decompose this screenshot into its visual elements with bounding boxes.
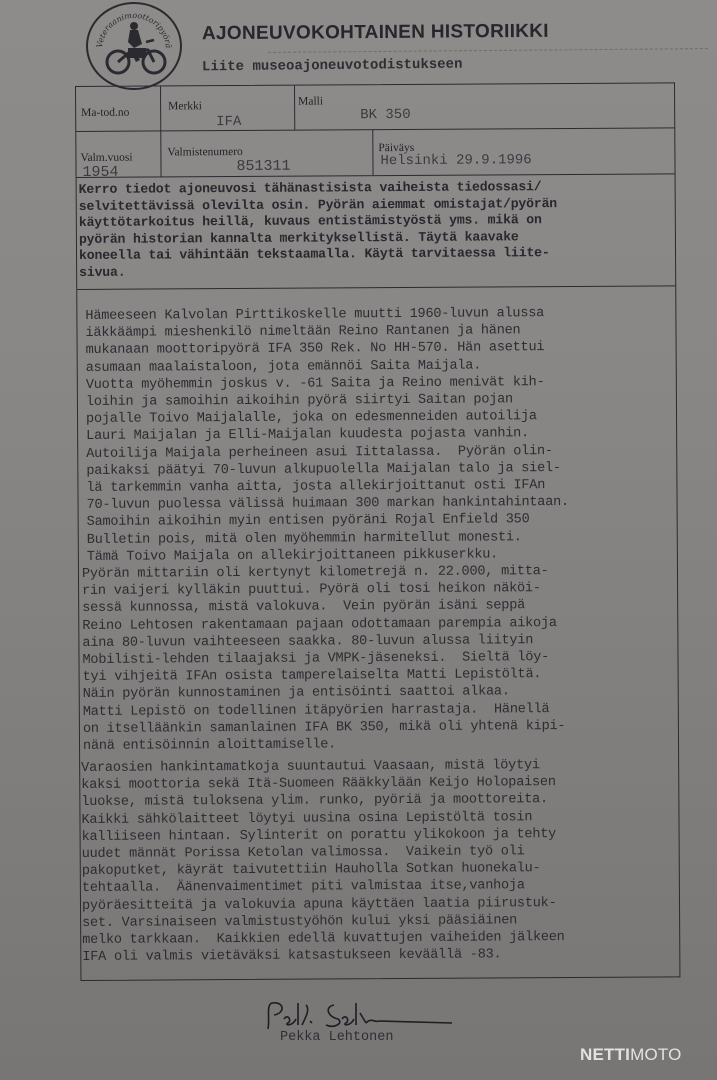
document-title: AJONEUVOKOHTAINEN HISTORIIKKI [202, 21, 549, 45]
form-divider [77, 285, 675, 290]
ma-tod-no-label: Ma-tod.no [81, 107, 129, 119]
paivays-value: Helsinki 29.9.1996 [380, 152, 531, 169]
merkki-label: Merkki [168, 100, 202, 112]
valm-vuosi-label: Valm.vuosi [80, 152, 132, 164]
watermark-light: MOTO [630, 1045, 682, 1064]
malli-value: BK 350 [360, 107, 411, 123]
form-divider [76, 127, 674, 132]
valm-vuosi-value: 1954 [82, 164, 118, 181]
signer-name: Pekka Lehtonen [280, 1030, 393, 1045]
history-paragraph-1: Hämeeseen Kalvolan Pirttikoskelle muutti… [85, 305, 569, 566]
nettimoto-watermark: NETTIMOTO [580, 1045, 682, 1065]
handwritten-signature [262, 999, 472, 1033]
malli-label: Malli [298, 95, 323, 107]
watermark-bold: NETTI [580, 1045, 630, 1064]
merkki-value: IFA [216, 114, 241, 130]
history-form: Ma-tod.no Merkki IFA Malli BK 350 Valm.v… [75, 82, 680, 981]
history-paragraph-2: Pyörän mittariin oli kertynyt kilometrej… [82, 563, 566, 755]
form-divider [372, 129, 373, 175]
form-instructions: Kerro tiedot ajoneuvosi tähänastisista v… [79, 178, 676, 281]
club-logo: Veteraanimoottoripyöräklubi [86, 2, 182, 90]
document-subtitle: Liite museoajoneuvotodistukseen [202, 57, 463, 76]
history-paragraph-3: Varaosien hankintamatkoja suuntautui Vaa… [81, 757, 565, 966]
form-divider [294, 86, 295, 130]
valmistenumero-label: Valmistenumero [167, 146, 242, 158]
form-divider [77, 173, 675, 178]
document-page: Veteraanimoottoripyöräklubi AJONEUVOKOHT… [0, 0, 717, 1080]
motorcycle-rider-icon: Veteraanimoottoripyöräklubi [88, 4, 180, 88]
valmistenumero-value: 851311 [236, 158, 290, 175]
title-divider [268, 48, 708, 53]
